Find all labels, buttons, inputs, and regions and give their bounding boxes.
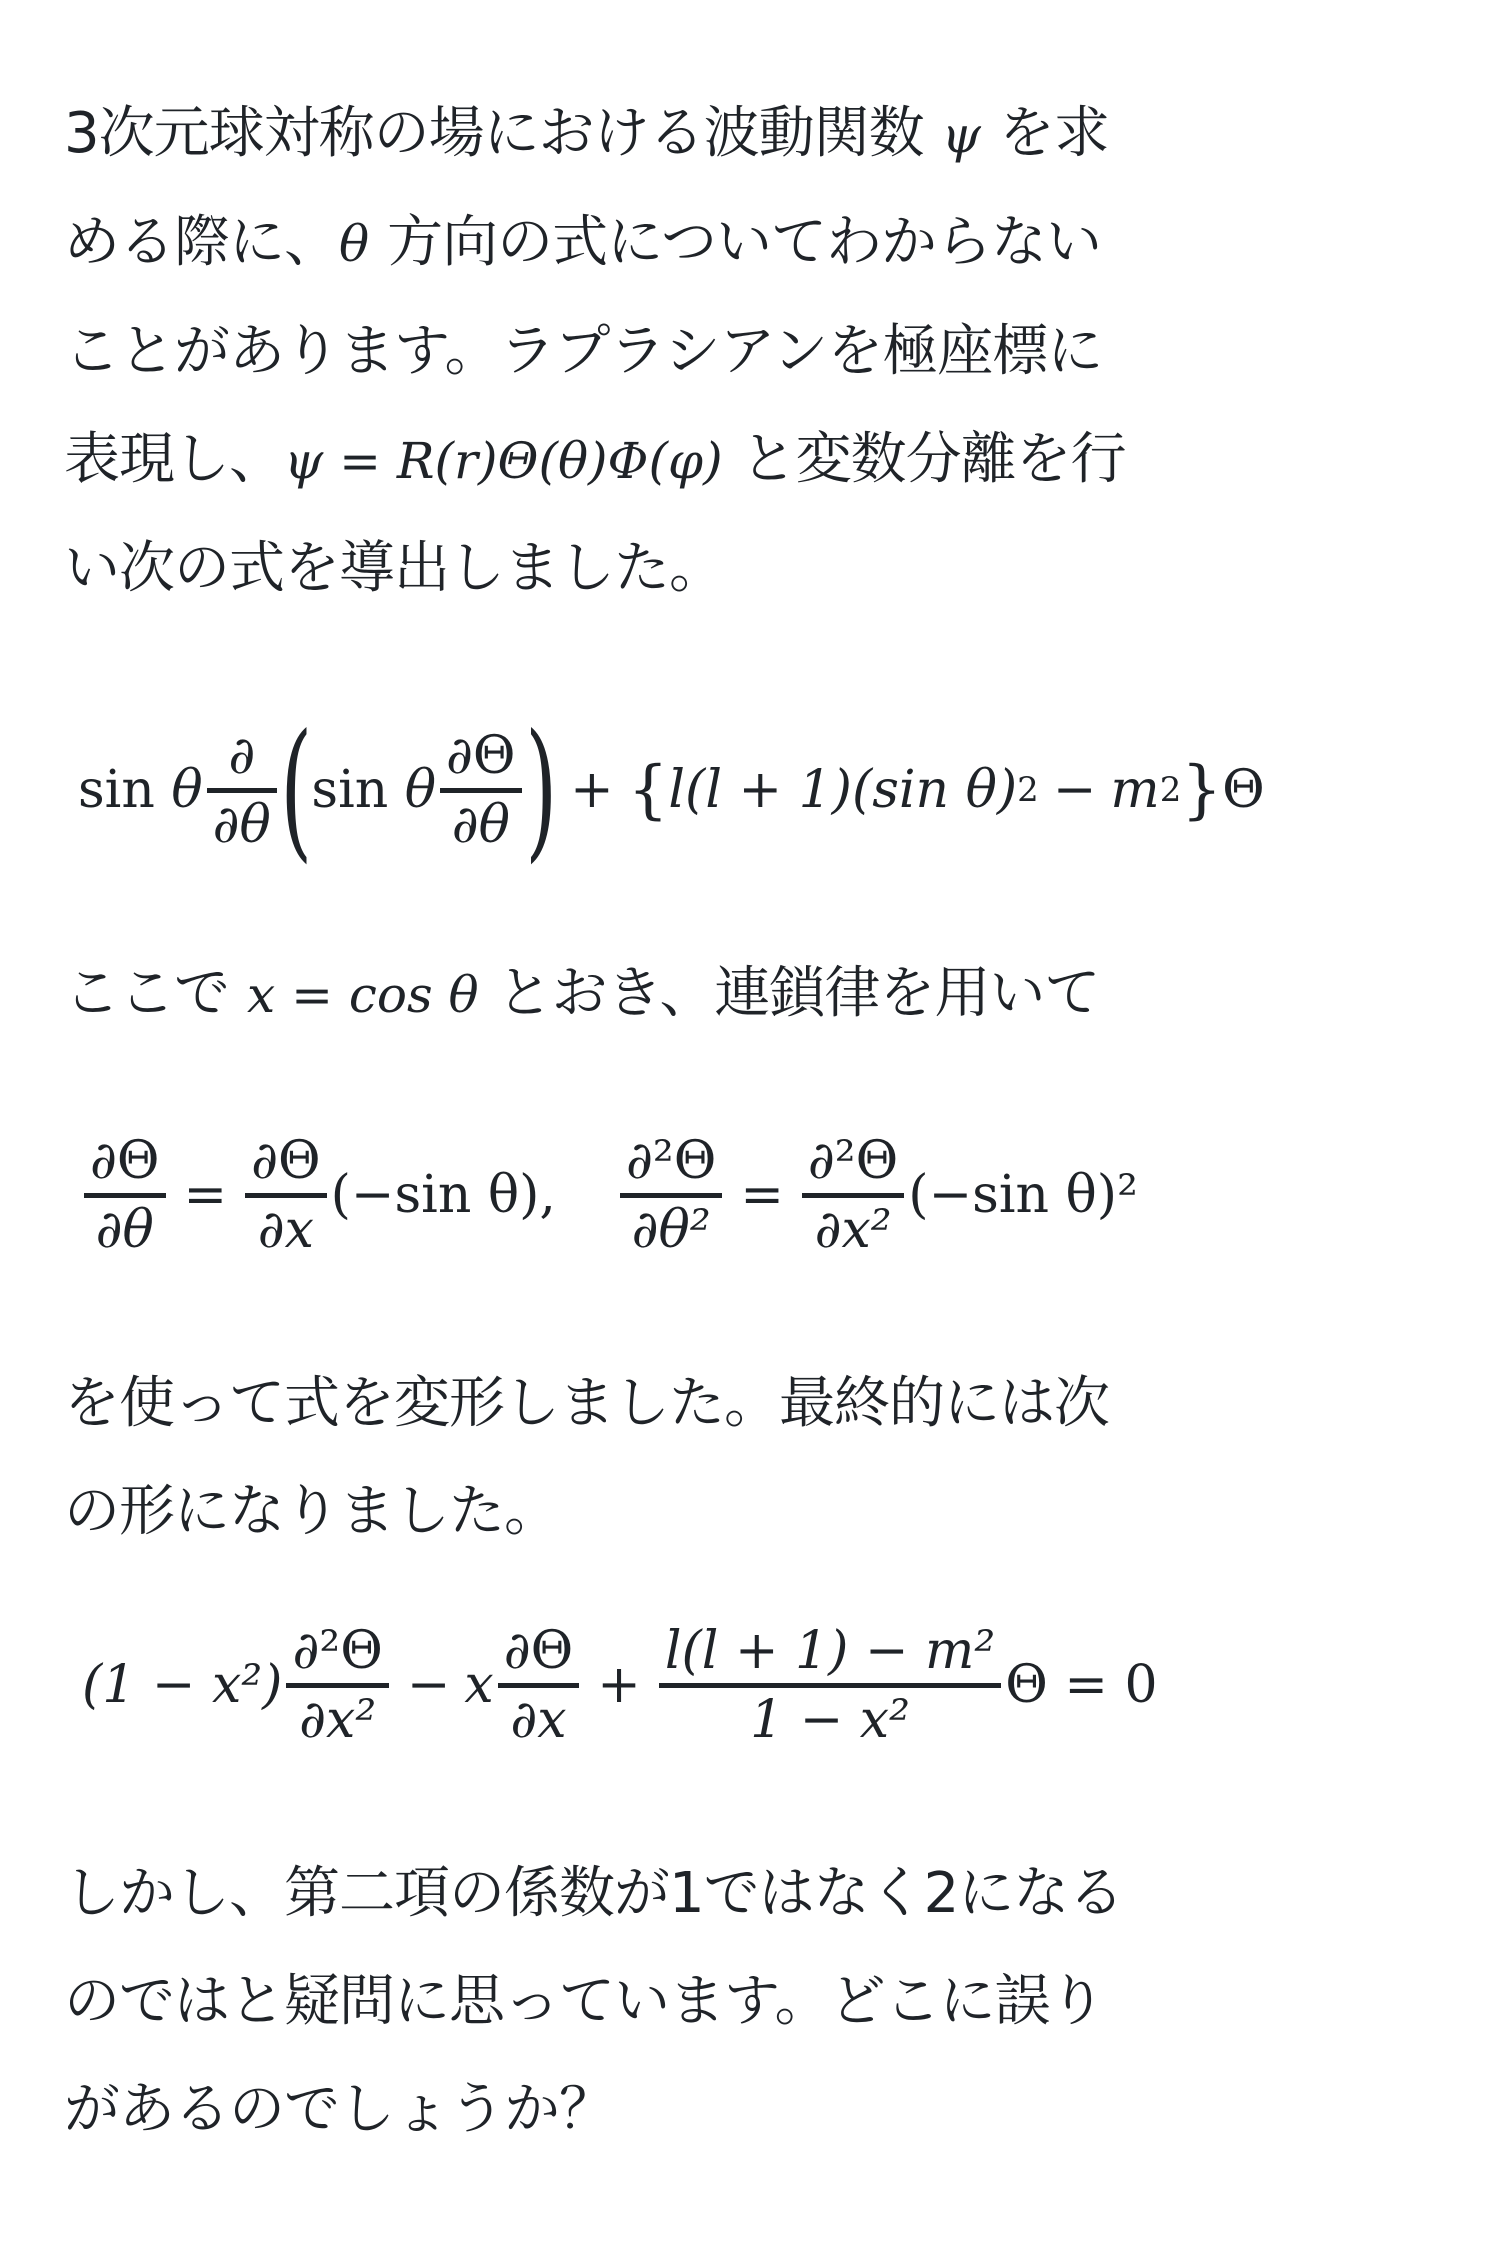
question-paragraph: しかし、第二項の係数が1ではなく2になる のではと疑問に思っています。どこに誤り…	[64, 1840, 1444, 2164]
theta-equation: sin θ ∂ ∂θ ( sin θ ∂Θ ∂θ ) + {l(l + 1)(s…	[78, 700, 1265, 880]
math-separation-equation: ψ = R(r)Θ(θ)Φ(φ)	[284, 432, 723, 490]
partial-theta-operator: ∂ ∂θ	[207, 724, 277, 857]
final-equation: (1 − x²) ∂²Θ∂x² −x ∂Θ∂x + l(l + 1) − m²1…	[82, 1600, 1158, 1770]
math-theta: θ	[339, 215, 369, 273]
substitution-paragraph: ここでx = cos θとおき、連鎖律を用いて	[64, 940, 1444, 1049]
dTheta-dtheta: ∂Θ ∂θ	[440, 724, 522, 857]
chain-rule-equations: ∂Θ∂θ = ∂Θ∂x (−sin θ), ∂²Θ∂θ² = ∂²Θ∂x² (−…	[80, 1110, 1138, 1280]
intro-line-1a: 3次元球対称の場における波動関数	[64, 101, 924, 166]
intro-paragraph: 3次元球対称の場における波動関数ψを求 める際に、θ方向の式についてわからない …	[64, 80, 1444, 623]
transform-paragraph: を使って式を変形しました。最終的には次 の形になりました。	[64, 1350, 1444, 1566]
math-psi: ψ	[942, 106, 981, 164]
math-substitution: x = cos θ	[247, 966, 479, 1024]
